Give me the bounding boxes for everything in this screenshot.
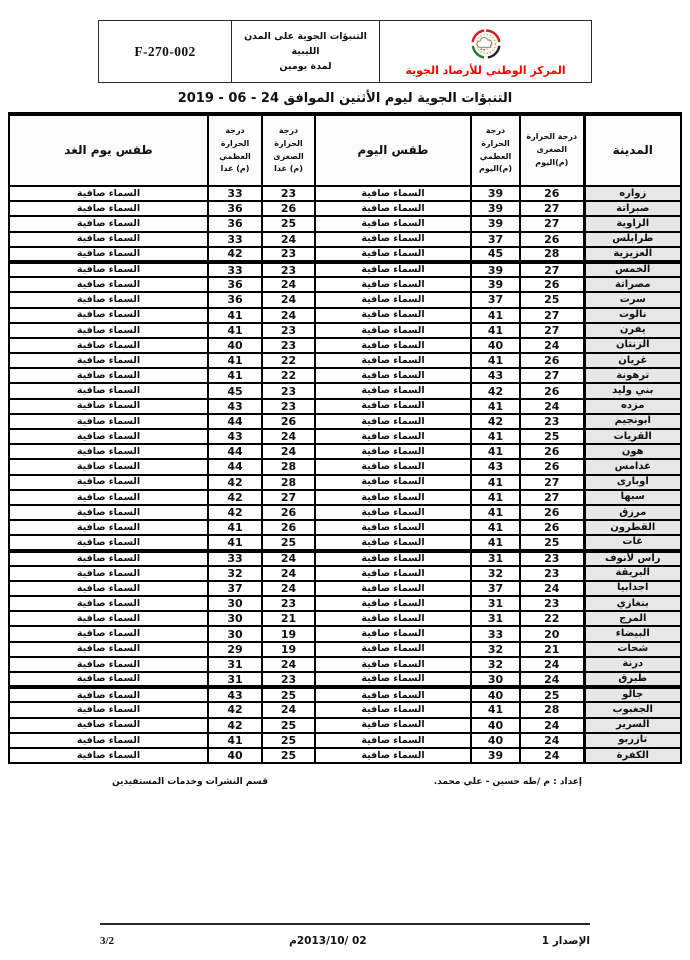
max-today-cell: 37 xyxy=(471,232,520,247)
max-tomorrow-cell: 41 xyxy=(208,733,262,748)
max-today-cell: 41 xyxy=(471,535,520,550)
max-tomorrow-cell: 42 xyxy=(208,475,262,490)
weather-tomorrow-cell: السماء صافية xyxy=(9,490,208,505)
weather-today-cell: السماء صافية xyxy=(315,702,471,717)
max-today-cell: 31 xyxy=(471,611,520,626)
min-tomorrow-cell: 23 xyxy=(262,338,315,353)
min-today-cell: 26 xyxy=(520,459,584,474)
weather-tomorrow-cell: السماء صافية xyxy=(9,520,208,535)
weather-tomorrow-cell: السماء صافية xyxy=(9,748,208,763)
table-row: جالو2540السماء صافية2543السماء صافية xyxy=(9,687,681,702)
max-tomorrow-cell: 40 xyxy=(208,338,262,353)
min-tomorrow-cell: 24 xyxy=(262,444,315,459)
table-header: المدينة درجة الحرارة الصغرى (م)اليوم درج… xyxy=(9,114,681,186)
table-row: القطرون2641السماء صافية2641السماء صافية xyxy=(9,520,681,535)
city-cell: تازربو xyxy=(584,733,681,748)
city-cell: الكفرة xyxy=(584,748,681,763)
max-today-cell: 32 xyxy=(471,642,520,657)
max-tomorrow-cell: 41 xyxy=(208,353,262,368)
weather-today-cell: السماء صافية xyxy=(315,535,471,550)
min-today-cell: 27 xyxy=(520,323,584,338)
weather-today-cell: السماء صافية xyxy=(315,262,471,277)
weather-tomorrow-cell: السماء صافية xyxy=(9,581,208,596)
col-header-weather-tomorrow: طقس يوم الغد xyxy=(9,114,208,186)
city-cell: غدامس xyxy=(584,459,681,474)
org-name: المركز الوطني للأرصاد الجوية xyxy=(405,64,565,77)
max-today-cell: 41 xyxy=(471,399,520,414)
table-row: غدامس2643السماء صافية2844السماء صافية xyxy=(9,459,681,474)
max-tomorrow-cell: 33 xyxy=(208,186,262,201)
min-tomorrow-cell: 23 xyxy=(262,247,315,262)
weather-today-cell: السماء صافية xyxy=(315,581,471,596)
city-cell: بني وليد xyxy=(584,383,681,398)
min-today-cell: 26 xyxy=(520,277,584,292)
city-cell: القطرون xyxy=(584,520,681,535)
min-tomorrow-cell: 24 xyxy=(262,292,315,307)
table-row: سبها2741السماء صافية2742السماء صافية xyxy=(9,490,681,505)
city-cell: درنة xyxy=(584,657,681,672)
weather-today-cell: السماء صافية xyxy=(315,383,471,398)
forecast-table: المدينة درجة الحرارة الصغرى (م)اليوم درج… xyxy=(8,112,682,764)
max-tomorrow-cell: 31 xyxy=(208,657,262,672)
min-tomorrow-cell: 27 xyxy=(262,490,315,505)
min-tomorrow-cell: 21 xyxy=(262,611,315,626)
city-cell: المرج xyxy=(584,611,681,626)
min-today-cell: 24 xyxy=(520,733,584,748)
weather-today-cell: السماء صافية xyxy=(315,626,471,641)
min-today-cell: 28 xyxy=(520,247,584,262)
table-row: البريقة2332السماء صافية2432السماء صافية xyxy=(9,566,681,581)
max-tomorrow-cell: 42 xyxy=(208,490,262,505)
weather-today-cell: السماء صافية xyxy=(315,459,471,474)
min-today-cell: 23 xyxy=(520,551,584,566)
table-row: طبرق2430السماء صافية2331السماء صافية xyxy=(9,672,681,687)
weather-tomorrow-cell: السماء صافية xyxy=(9,292,208,307)
weather-today-cell: السماء صافية xyxy=(315,186,471,201)
weather-tomorrow-cell: السماء صافية xyxy=(9,399,208,414)
max-tomorrow-cell: 29 xyxy=(208,642,262,657)
weather-today-cell: السماء صافية xyxy=(315,733,471,748)
table-row: سرت2537السماء صافية2436السماء صافية xyxy=(9,292,681,307)
min-today-cell: 23 xyxy=(520,596,584,611)
weather-tomorrow-cell: السماء صافية xyxy=(9,687,208,702)
min-tomorrow-cell: 24 xyxy=(262,566,315,581)
max-tomorrow-cell: 33 xyxy=(208,232,262,247)
city-cell: ابونجيم xyxy=(584,414,681,429)
max-today-cell: 41 xyxy=(471,429,520,444)
weather-today-cell: السماء صافية xyxy=(315,353,471,368)
min-tomorrow-cell: 23 xyxy=(262,186,315,201)
max-today-cell: 45 xyxy=(471,247,520,262)
max-today-cell: 41 xyxy=(471,353,520,368)
table-row: بني وليد2642السماء صافية2345السماء صافية xyxy=(9,383,681,398)
city-cell: غريان xyxy=(584,353,681,368)
min-tomorrow-cell: 25 xyxy=(262,687,315,702)
min-today-cell: 24 xyxy=(520,399,584,414)
form-subject: التنبؤات الجوية على المدن الليبية لمدة ي… xyxy=(231,21,379,82)
min-today-cell: 26 xyxy=(520,444,584,459)
min-today-cell: 26 xyxy=(520,505,584,520)
min-tomorrow-cell: 24 xyxy=(262,429,315,444)
table-row: بنغازي2331السماء صافية2330السماء صافية xyxy=(9,596,681,611)
release-date: م2013/10/ 02 xyxy=(289,935,366,947)
min-tomorrow-cell: 26 xyxy=(262,414,315,429)
weather-tomorrow-cell: السماء صافية xyxy=(9,611,208,626)
city-cell: بنغازي xyxy=(584,596,681,611)
weather-today-cell: السماء صافية xyxy=(315,323,471,338)
page-footer: الإصدار 1 م2013/10/ 02 3/2 xyxy=(100,923,590,947)
city-cell: ترهونة xyxy=(584,368,681,383)
city-cell: هون xyxy=(584,444,681,459)
weather-today-cell: السماء صافية xyxy=(315,748,471,763)
max-tomorrow-cell: 41 xyxy=(208,368,262,383)
weather-today-cell: السماء صافية xyxy=(315,338,471,353)
city-cell: سرت xyxy=(584,292,681,307)
max-today-cell: 39 xyxy=(471,277,520,292)
max-today-cell: 40 xyxy=(471,687,520,702)
weather-tomorrow-cell: السماء صافية xyxy=(9,383,208,398)
prepared-by: إعداد : م /طه حسين - علي محمد. xyxy=(434,777,582,787)
min-tomorrow-cell: 19 xyxy=(262,626,315,641)
max-tomorrow-cell: 41 xyxy=(208,520,262,535)
min-today-cell: 26 xyxy=(520,186,584,201)
max-tomorrow-cell: 44 xyxy=(208,459,262,474)
table-row: الجغبوب2841السماء صافية2442السماء صافية xyxy=(9,702,681,717)
weather-today-cell: السماء صافية xyxy=(315,596,471,611)
weather-today-cell: السماء صافية xyxy=(315,642,471,657)
min-tomorrow-cell: 28 xyxy=(262,459,315,474)
max-tomorrow-cell: 36 xyxy=(208,277,262,292)
max-tomorrow-cell: 41 xyxy=(208,323,262,338)
col-header-weather-today: طقس اليوم xyxy=(315,114,471,186)
weather-today-cell: السماء صافية xyxy=(315,399,471,414)
weather-today-cell: السماء صافية xyxy=(315,718,471,733)
min-tomorrow-cell: 22 xyxy=(262,353,315,368)
min-today-cell: 22 xyxy=(520,611,584,626)
max-tomorrow-cell: 33 xyxy=(208,551,262,566)
page-number: 3/2 xyxy=(100,935,114,947)
weather-tomorrow-cell: السماء صافية xyxy=(9,308,208,323)
min-tomorrow-cell: 25 xyxy=(262,733,315,748)
min-today-cell: 24 xyxy=(520,748,584,763)
min-tomorrow-cell: 24 xyxy=(262,581,315,596)
table-row: العزيزية2845السماء صافية2342السماء صافية xyxy=(9,247,681,262)
max-tomorrow-cell: 30 xyxy=(208,626,262,641)
weather-tomorrow-cell: السماء صافية xyxy=(9,657,208,672)
table-row: رأس لأنوف2331السماء صافية2433السماء صافي… xyxy=(9,551,681,566)
max-today-cell: 31 xyxy=(471,596,520,611)
city-cell: نالوت xyxy=(584,308,681,323)
page-title: التنبؤات الجوية ليوم الأثنين الموافق 24 … xyxy=(0,91,690,106)
col-header-max-today: درجة الحرارة العظمي (م)اليوم xyxy=(471,114,520,186)
min-tomorrow-cell: 23 xyxy=(262,262,315,277)
min-today-cell: 24 xyxy=(520,718,584,733)
min-today-cell: 25 xyxy=(520,535,584,550)
max-tomorrow-cell: 36 xyxy=(208,201,262,216)
city-cell: رأس لأنوف xyxy=(584,551,681,566)
city-cell: طرابلس xyxy=(584,232,681,247)
weather-tomorrow-cell: السماء صافية xyxy=(9,232,208,247)
weather-today-cell: السماء صافية xyxy=(315,444,471,459)
max-today-cell: 40 xyxy=(471,338,520,353)
table-row: الكفرة2439السماء صافية2540السماء صافية xyxy=(9,748,681,763)
weather-today-cell: السماء صافية xyxy=(315,247,471,262)
min-tomorrow-cell: 23 xyxy=(262,399,315,414)
weather-tomorrow-cell: السماء صافية xyxy=(9,702,208,717)
weather-tomorrow-cell: السماء صافية xyxy=(9,247,208,262)
min-tomorrow-cell: 26 xyxy=(262,201,315,216)
max-today-cell: 42 xyxy=(471,414,520,429)
table-row: السرير2440السماء صافية2542السماء صافية xyxy=(9,718,681,733)
table-row: تازربو2440السماء صافية2541السماء صافية xyxy=(9,733,681,748)
table-row: شحات2132السماء صافية1929السماء صافية xyxy=(9,642,681,657)
max-today-cell: 37 xyxy=(471,292,520,307)
min-tomorrow-cell: 25 xyxy=(262,748,315,763)
min-today-cell: 27 xyxy=(520,475,584,490)
header-row: المدينة درجة الحرارة الصغرى (م)اليوم درج… xyxy=(9,114,681,186)
max-today-cell: 41 xyxy=(471,308,520,323)
city-cell: مرزق xyxy=(584,505,681,520)
weather-today-cell: السماء صافية xyxy=(315,308,471,323)
weather-center-logo-icon xyxy=(471,29,501,63)
table-row: مرزق2641السماء صافية2642السماء صافية xyxy=(9,505,681,520)
table-row: غريان2641السماء صافية2241السماء صافية xyxy=(9,353,681,368)
city-cell: يفرن xyxy=(584,323,681,338)
table-row: ترهونة2743السماء صافية2241السماء صافية xyxy=(9,368,681,383)
min-tomorrow-cell: 26 xyxy=(262,505,315,520)
max-tomorrow-cell: 36 xyxy=(208,216,262,231)
table-row: زواره2639السماء صافية2333السماء صافية xyxy=(9,186,681,201)
weather-tomorrow-cell: السماء صافية xyxy=(9,626,208,641)
city-cell: صبراتة xyxy=(584,201,681,216)
forecast-document-page: { "letterhead": { "code": "F-270-002", "… xyxy=(0,0,690,960)
min-today-cell: 20 xyxy=(520,626,584,641)
max-tomorrow-cell: 32 xyxy=(208,566,262,581)
max-tomorrow-cell: 41 xyxy=(208,308,262,323)
max-today-cell: 39 xyxy=(471,748,520,763)
max-tomorrow-cell: 42 xyxy=(208,247,262,262)
table-row: الزاوية2739السماء صافية2536السماء صافية xyxy=(9,216,681,231)
city-cell: السرير xyxy=(584,718,681,733)
city-cell: مصراتة xyxy=(584,277,681,292)
min-today-cell: 26 xyxy=(520,383,584,398)
city-cell: البريقة xyxy=(584,566,681,581)
table-row: صبراتة2739السماء صافية2636السماء صافية xyxy=(9,201,681,216)
min-today-cell: 27 xyxy=(520,490,584,505)
max-tomorrow-cell: 36 xyxy=(208,292,262,307)
weather-today-cell: السماء صافية xyxy=(315,368,471,383)
weather-today-cell: السماء صافية xyxy=(315,201,471,216)
max-tomorrow-cell: 41 xyxy=(208,535,262,550)
max-today-cell: 40 xyxy=(471,733,520,748)
city-cell: الزاوية xyxy=(584,216,681,231)
max-today-cell: 40 xyxy=(471,718,520,733)
weather-tomorrow-cell: السماء صافية xyxy=(9,277,208,292)
weather-today-cell: السماء صافية xyxy=(315,414,471,429)
min-today-cell: 21 xyxy=(520,642,584,657)
city-cell: اجدابيا xyxy=(584,581,681,596)
min-today-cell: 27 xyxy=(520,201,584,216)
weather-today-cell: السماء صافية xyxy=(315,520,471,535)
weather-today-cell: السماء صافية xyxy=(315,490,471,505)
weather-today-cell: السماء صافية xyxy=(315,505,471,520)
table-row: هون2641السماء صافية2444السماء صافية xyxy=(9,444,681,459)
weather-today-cell: السماء صافية xyxy=(315,551,471,566)
table-row: اجدابيا2437السماء صافية2437السماء صافية xyxy=(9,581,681,596)
max-today-cell: 33 xyxy=(471,626,520,641)
max-today-cell: 32 xyxy=(471,566,520,581)
weather-tomorrow-cell: السماء صافية xyxy=(9,353,208,368)
min-tomorrow-cell: 24 xyxy=(262,551,315,566)
col-header-min-today: درجة الحرارة الصغرى (م)اليوم xyxy=(520,114,584,186)
department: قسم النشرات وخدمات المستفيدين xyxy=(112,777,268,787)
max-today-cell: 37 xyxy=(471,581,520,596)
weather-tomorrow-cell: السماء صافية xyxy=(9,186,208,201)
table-row: درنة2432السماء صافية2431السماء صافية xyxy=(9,657,681,672)
max-today-cell: 39 xyxy=(471,201,520,216)
min-tomorrow-cell: 24 xyxy=(262,308,315,323)
max-today-cell: 32 xyxy=(471,657,520,672)
city-cell: القريات xyxy=(584,429,681,444)
max-tomorrow-cell: 43 xyxy=(208,429,262,444)
weather-today-cell: السماء صافية xyxy=(315,475,471,490)
col-header-min-tomorrow: درجة الحرارة الصغرى (م) غدا xyxy=(262,114,315,186)
max-tomorrow-cell: 42 xyxy=(208,505,262,520)
table-row: طرابلس2637السماء صافية2433السماء صافية xyxy=(9,232,681,247)
max-tomorrow-cell: 44 xyxy=(208,414,262,429)
max-today-cell: 30 xyxy=(471,672,520,687)
min-tomorrow-cell: 26 xyxy=(262,520,315,535)
city-cell: مزده xyxy=(584,399,681,414)
weather-tomorrow-cell: السماء صافية xyxy=(9,338,208,353)
weather-tomorrow-cell: السماء صافية xyxy=(9,672,208,687)
city-cell: العزيزية xyxy=(584,247,681,262)
max-tomorrow-cell: 42 xyxy=(208,718,262,733)
min-tomorrow-cell: 25 xyxy=(262,535,315,550)
city-cell: الخمس xyxy=(584,262,681,277)
city-cell: جالو xyxy=(584,687,681,702)
min-tomorrow-cell: 25 xyxy=(262,216,315,231)
table-row: الخمس2739السماء صافية2333السماء صافية xyxy=(9,262,681,277)
weather-tomorrow-cell: السماء صافية xyxy=(9,733,208,748)
min-today-cell: 27 xyxy=(520,308,584,323)
letterhead-org-cell: المركز الوطني للأرصاد الجوية xyxy=(379,21,591,82)
min-today-cell: 27 xyxy=(520,262,584,277)
weather-tomorrow-cell: السماء صافية xyxy=(9,323,208,338)
min-today-cell: 26 xyxy=(520,353,584,368)
min-tomorrow-cell: 23 xyxy=(262,672,315,687)
min-today-cell: 24 xyxy=(520,581,584,596)
weather-today-cell: السماء صافية xyxy=(315,566,471,581)
weather-today-cell: السماء صافية xyxy=(315,216,471,231)
min-today-cell: 28 xyxy=(520,702,584,717)
weather-tomorrow-cell: السماء صافية xyxy=(9,444,208,459)
city-cell: زواره xyxy=(584,186,681,201)
city-cell: طبرق xyxy=(584,672,681,687)
min-today-cell: 25 xyxy=(520,292,584,307)
city-cell: غات xyxy=(584,535,681,550)
table-row: المرج2231السماء صافية2130السماء صافية xyxy=(9,611,681,626)
weather-tomorrow-cell: السماء صافية xyxy=(9,368,208,383)
min-tomorrow-cell: 23 xyxy=(262,323,315,338)
table-body: زواره2639السماء صافية2333السماء صافيةصبر… xyxy=(9,186,681,763)
table-row: الزنتان2440السماء صافية2340السماء صافية xyxy=(9,338,681,353)
min-tomorrow-cell: 25 xyxy=(262,718,315,733)
weather-today-cell: السماء صافية xyxy=(315,292,471,307)
max-tomorrow-cell: 30 xyxy=(208,611,262,626)
max-tomorrow-cell: 44 xyxy=(208,444,262,459)
table-row: البيضاء2033السماء صافية1930السماء صافية xyxy=(9,626,681,641)
weather-tomorrow-cell: السماء صافية xyxy=(9,459,208,474)
weather-tomorrow-cell: السماء صافية xyxy=(9,475,208,490)
weather-today-cell: السماء صافية xyxy=(315,232,471,247)
issue-number: الإصدار 1 xyxy=(542,935,590,947)
weather-tomorrow-cell: السماء صافية xyxy=(9,262,208,277)
max-today-cell: 41 xyxy=(471,444,520,459)
min-today-cell: 27 xyxy=(520,368,584,383)
weather-today-cell: السماء صافية xyxy=(315,429,471,444)
table-row: غات2541السماء صافية2541السماء صافية xyxy=(9,535,681,550)
city-cell: شحات xyxy=(584,642,681,657)
min-today-cell: 23 xyxy=(520,414,584,429)
min-today-cell: 27 xyxy=(520,216,584,231)
table-row: القريات2541السماء صافية2443السماء صافية xyxy=(9,429,681,444)
min-today-cell: 26 xyxy=(520,232,584,247)
max-tomorrow-cell: 45 xyxy=(208,383,262,398)
min-tomorrow-cell: 28 xyxy=(262,475,315,490)
max-today-cell: 41 xyxy=(471,475,520,490)
col-header-max-tomorrow: درجة الحرارة العظمي (م) غدا xyxy=(208,114,262,186)
min-tomorrow-cell: 23 xyxy=(262,383,315,398)
max-today-cell: 41 xyxy=(471,505,520,520)
max-today-cell: 41 xyxy=(471,323,520,338)
form-code: F-270-002 xyxy=(99,21,231,82)
max-tomorrow-cell: 30 xyxy=(208,596,262,611)
max-today-cell: 43 xyxy=(471,459,520,474)
weather-tomorrow-cell: السماء صافية xyxy=(9,429,208,444)
weather-today-cell: السماء صافية xyxy=(315,672,471,687)
weather-tomorrow-cell: السماء صافية xyxy=(9,201,208,216)
city-cell: سبها xyxy=(584,490,681,505)
max-today-cell: 39 xyxy=(471,216,520,231)
min-tomorrow-cell: 22 xyxy=(262,368,315,383)
weather-tomorrow-cell: السماء صافية xyxy=(9,566,208,581)
max-today-cell: 41 xyxy=(471,520,520,535)
weather-tomorrow-cell: السماء صافية xyxy=(9,535,208,550)
max-today-cell: 41 xyxy=(471,702,520,717)
max-tomorrow-cell: 40 xyxy=(208,748,262,763)
min-today-cell: 25 xyxy=(520,687,584,702)
min-tomorrow-cell: 24 xyxy=(262,232,315,247)
min-tomorrow-cell: 24 xyxy=(262,702,315,717)
min-today-cell: 24 xyxy=(520,657,584,672)
city-cell: الزنتان xyxy=(584,338,681,353)
min-tomorrow-cell: 19 xyxy=(262,642,315,657)
col-header-city: المدينة xyxy=(584,114,681,186)
min-today-cell: 24 xyxy=(520,672,584,687)
min-tomorrow-cell: 24 xyxy=(262,657,315,672)
min-today-cell: 26 xyxy=(520,520,584,535)
weather-today-cell: السماء صافية xyxy=(315,687,471,702)
max-today-cell: 41 xyxy=(471,490,520,505)
max-today-cell: 39 xyxy=(471,262,520,277)
city-cell: الجغبوب xyxy=(584,702,681,717)
max-tomorrow-cell: 33 xyxy=(208,262,262,277)
weather-today-cell: السماء صافية xyxy=(315,611,471,626)
weather-today-cell: السماء صافية xyxy=(315,657,471,672)
city-cell: أوبارى xyxy=(584,475,681,490)
table-row: نالوت2741السماء صافية2441السماء صافية xyxy=(9,308,681,323)
